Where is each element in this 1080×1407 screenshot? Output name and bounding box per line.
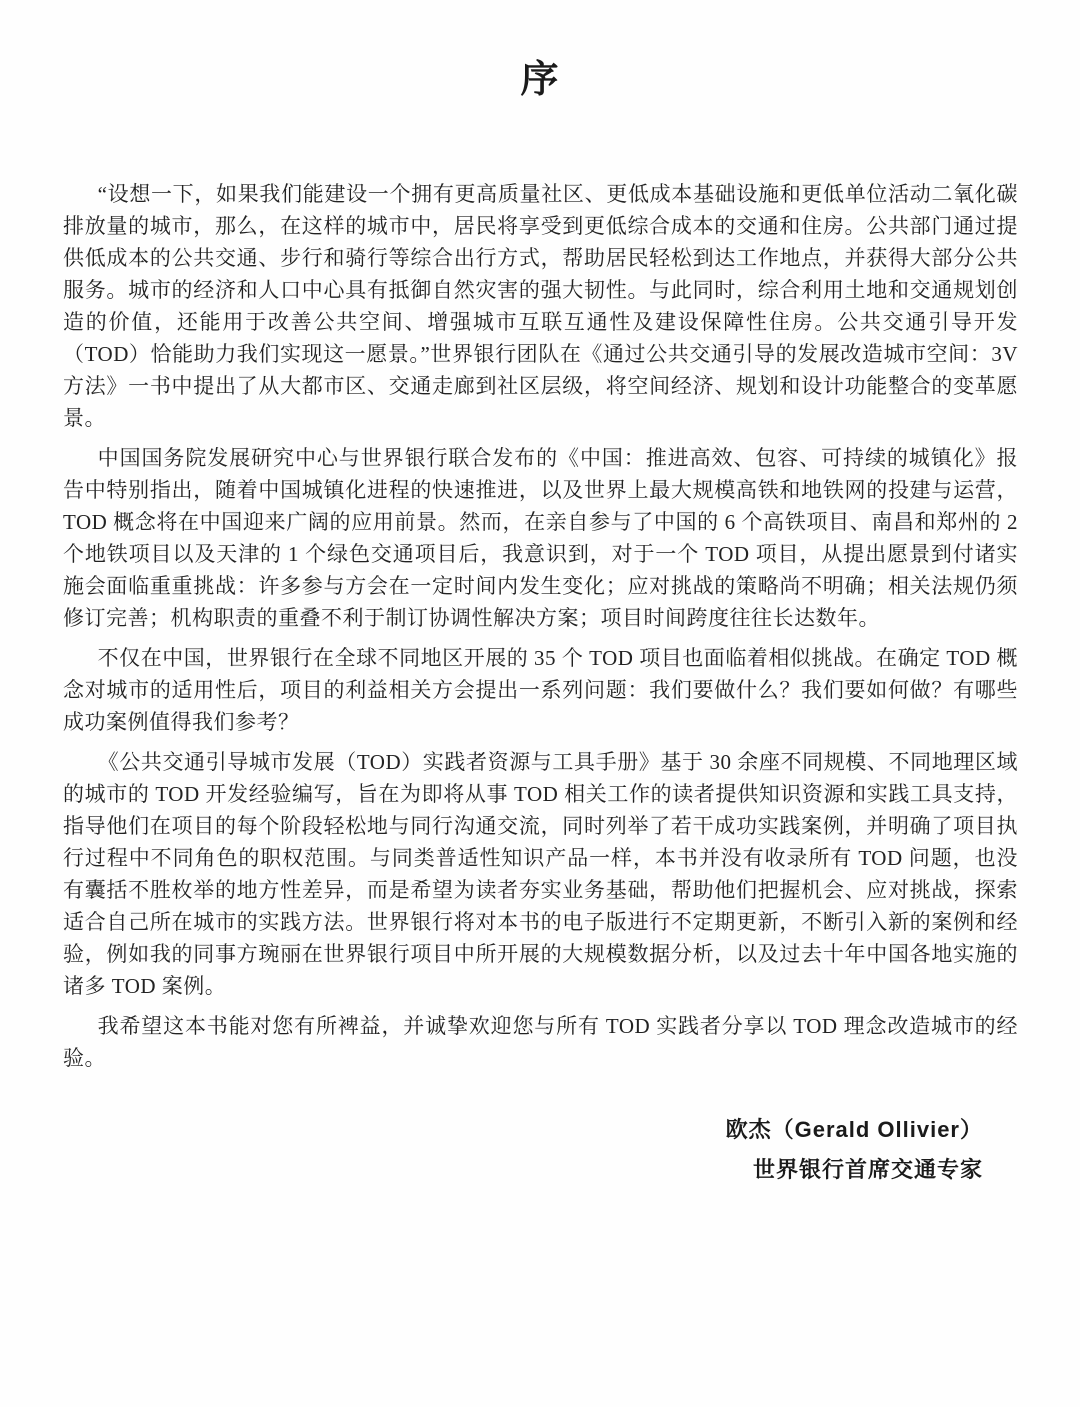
paragraph-closing-wish: 我希望这本书能对您有所裨益，并诚挚欢迎您与所有 TOD 实践者分享以 TOD 理… — [63, 1010, 1018, 1074]
signature-name: 欧杰（Gerald Ollivier） — [63, 1110, 983, 1150]
preface-body: “设想一下，如果我们能建设一个拥有更高质量社区、更低成本基础设施和更低单位活动二… — [63, 178, 1018, 1074]
signature-block: 欧杰（Gerald Ollivier） 世界银行首席交通专家 — [63, 1110, 1018, 1190]
paragraph-handbook-description: 《公共交通引导城市发展（TOD）实践者资源与工具手册》基于 30 余座不同规模、… — [63, 746, 1018, 1002]
paragraph-china-context: 中国国务院发展研究中心与世界银行联合发布的《中国：推进高效、包容、可持续的城镇化… — [63, 442, 1018, 634]
signature-title: 世界银行首席交通专家 — [63, 1150, 983, 1190]
paragraph-opening-quote: “设想一下，如果我们能建设一个拥有更高质量社区、更低成本基础设施和更低单位活动二… — [63, 178, 1018, 434]
preface-page: 序 “设想一下，如果我们能建设一个拥有更高质量社区、更低成本基础设施和更低单位活… — [0, 0, 1080, 1407]
paragraph-global-projects: 不仅在中国，世界银行在全球不同地区开展的 35 个 TOD 项目也面临着相似挑战… — [63, 642, 1018, 738]
page-title: 序 — [63, 60, 1018, 100]
